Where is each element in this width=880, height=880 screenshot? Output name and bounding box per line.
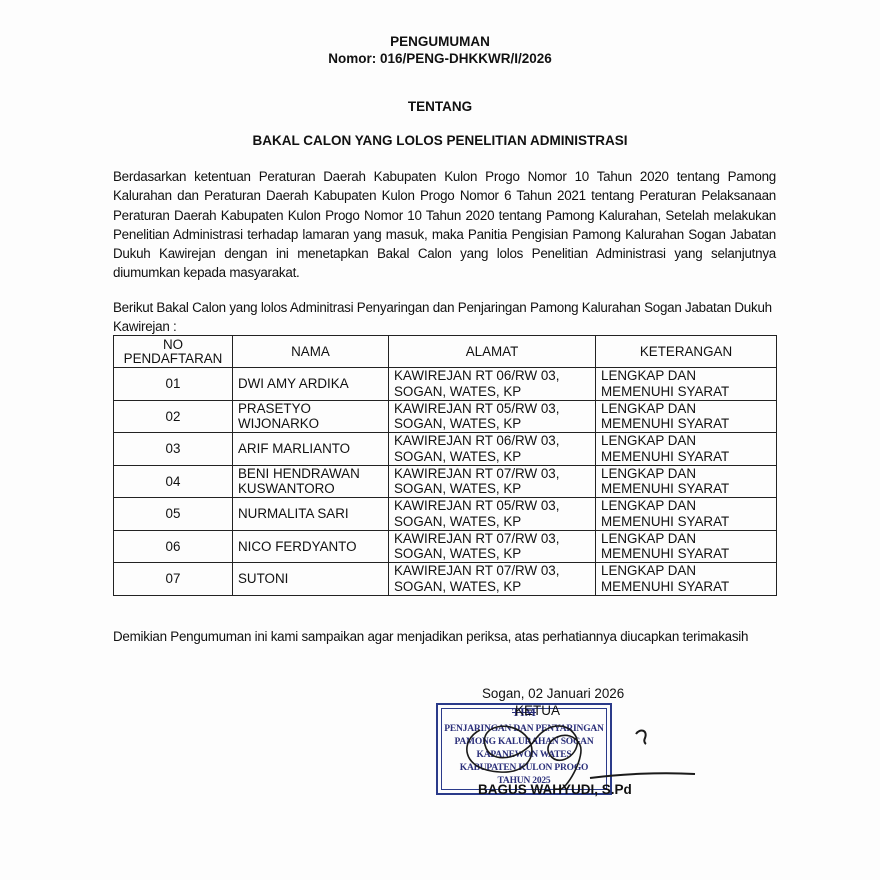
cell-address: KAWIREJAN RT 07/RW 03, SOGAN, WATES, KP [389, 530, 596, 563]
cell-note: LENGKAP DAN MEMENUHI SYARAT [596, 530, 777, 563]
table-intro: Berikut Bakal Calon yang lolos Adminitra… [113, 298, 776, 337]
cell-note: LENGKAP DAN MEMENUHI SYARAT [596, 433, 777, 466]
place-date: Sogan, 02 Januari 2026 [482, 686, 624, 701]
cell-note: LENGKAP DAN MEMENUHI SYARAT [596, 498, 777, 531]
document-number: Nomor: 016/PENG-DHKKWR/I/2026 [0, 51, 880, 66]
cell-name: NICO FERDYANTO [233, 530, 389, 563]
cell-note: LENGKAP DAN MEMENUHI SYARAT [596, 465, 777, 498]
candidates-table: NO PENDAFTARAN NAMA ALAMAT KETERANGAN 01… [113, 335, 777, 596]
cell-address: KAWIREJAN RT 05/RW 03, SOGAN, WATES, KP [389, 498, 596, 531]
signer-name: BAGUS WAHYUDI, S.Pd [478, 782, 632, 797]
about-label: TENTANG [0, 99, 880, 114]
column-header-no: NO PENDAFTARAN [114, 336, 233, 368]
table-header-row: NO PENDAFTARAN NAMA ALAMAT KETERANGAN [114, 336, 777, 368]
cell-address: KAWIREJAN RT 05/RW 03, SOGAN, WATES, KP [389, 400, 596, 433]
cell-no: 07 [114, 563, 233, 596]
table-row: 02PRASETYO WIJONARKOKAWIREJAN RT 05/RW 0… [114, 400, 777, 433]
table-row: 05NURMALITA SARIKAWIREJAN RT 05/RW 03, S… [114, 498, 777, 531]
table-row: 03ARIF MARLIANTOKAWIREJAN RT 06/RW 03, S… [114, 433, 777, 466]
table-row: 04BENI HENDRAWAN KUSWANTOROKAWIREJAN RT … [114, 465, 777, 498]
column-header-note: KETERANGAN [596, 336, 777, 368]
cell-no: 04 [114, 465, 233, 498]
cell-no: 06 [114, 530, 233, 563]
cell-note: LENGKAP DAN MEMENUHI SYARAT [596, 563, 777, 596]
table-row: 07SUTONIKAWIREJAN RT 07/RW 03, SOGAN, WA… [114, 563, 777, 596]
cell-name: BENI HENDRAWAN KUSWANTORO [233, 465, 389, 498]
cell-no: 02 [114, 400, 233, 433]
cell-name: NURMALITA SARI [233, 498, 389, 531]
cell-address: KAWIREJAN RT 07/RW 03, SOGAN, WATES, KP [389, 563, 596, 596]
cell-name: PRASETYO WIJONARKO [233, 400, 389, 433]
table-row: 01DWI AMY ARDIKAKAWIREJAN RT 06/RW 03, S… [114, 368, 777, 401]
column-header-address: ALAMAT [389, 336, 596, 368]
document-subject: BAKAL CALON YANG LOLOS PENELITIAN ADMINI… [0, 133, 880, 148]
cell-address: KAWIREJAN RT 07/RW 03, SOGAN, WATES, KP [389, 465, 596, 498]
cell-no: 05 [114, 498, 233, 531]
table-row: 06NICO FERDYANTOKAWIREJAN RT 07/RW 03, S… [114, 530, 777, 563]
cell-name: ARIF MARLIANTO [233, 433, 389, 466]
cell-no: 01 [114, 368, 233, 401]
cell-name: SUTONI [233, 563, 389, 596]
cell-address: KAWIREJAN RT 06/RW 03, SOGAN, WATES, KP [389, 368, 596, 401]
cell-note: LENGKAP DAN MEMENUHI SYARAT [596, 368, 777, 401]
cell-note: LENGKAP DAN MEMENUHI SYARAT [596, 400, 777, 433]
cell-address: KAWIREJAN RT 06/RW 03, SOGAN, WATES, KP [389, 433, 596, 466]
column-header-name: NAMA [233, 336, 389, 368]
cell-no: 03 [114, 433, 233, 466]
closing-paragraph: Demikian Pengumuman ini kami sampaikan a… [113, 627, 776, 646]
cell-name: DWI AMY ARDIKA [233, 368, 389, 401]
document-title: PENGUMUMAN [0, 34, 880, 49]
opening-paragraph: Berdasarkan ketentuan Peraturan Daerah K… [113, 167, 776, 283]
